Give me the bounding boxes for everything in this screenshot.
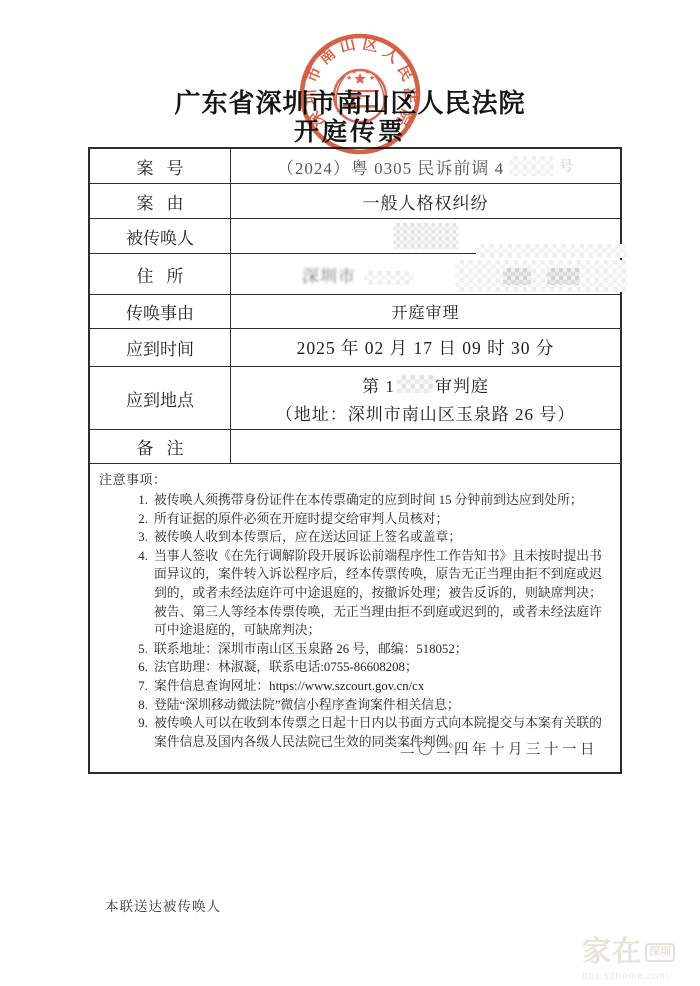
row-label-appear-time: 应到时间 — [126, 335, 194, 360]
appear-place-value: 第 1 审判庭 （地址：深圳市南山区玉泉路 26 号） — [231, 367, 620, 429]
table-row-case-number: 案号 （2024）粤 0305 民诉前调 4 号 — [90, 149, 620, 184]
svg-text:★: ★ — [351, 68, 357, 76]
watermark-badge: 深圳 — [645, 943, 675, 962]
watermark-main-text: 家在 — [582, 938, 642, 967]
case-number-value: （2024）粤 0305 民诉前调 4 号 — [231, 149, 620, 183]
note-item-7: 案件信息查询网址：https://www.szcourt.gov.cn/cx — [151, 677, 606, 696]
copy-note: 本联送达被传唤人 — [105, 895, 221, 915]
redacted-char-hint: 号 — [559, 156, 574, 176]
note-item-6: 法官助理：林淑凝，联系电话:0755-86608208； — [151, 658, 606, 677]
watermark-url: bbs.szhome.com — [582, 971, 692, 982]
redaction-mosaic — [476, 244, 626, 258]
note-item-4: 当事人签收《在先行调解阶段开展诉讼前端程序性工作告知书》且未按时提出书面异议的，… — [151, 547, 606, 640]
row-label-cause: 案由 — [137, 189, 197, 214]
court-summons-page: 深圳市南山区人民法院 ★ ★ ★ ★ 广东省深圳市南山区人民法院 开庭传票 案号… — [0, 0, 700, 986]
cause-value: 一般人格权纠纷 — [231, 184, 620, 218]
appear-time-value: 2025 年 02 月 17 日 09 时 30 分 — [231, 329, 620, 366]
note-item-8: 登陆“深圳移动微法院”微信小程序查询案件相关信息； — [151, 696, 606, 715]
table-row-notes: 注意事项： 被传唤人须携带身份证件在本传票确定的应到时间 15 分钟前到达应到处… — [90, 464, 620, 772]
row-label-remark: 备注 — [137, 434, 197, 459]
court-address-line: （地址：深圳市南山区玉泉路 26 号） — [276, 400, 576, 425]
row-label-summoned-person: 被传唤人 — [126, 224, 194, 249]
notes-heading: 注意事项： — [99, 469, 606, 488]
note-item-2: 所有证据的原件必须在开庭时提交给审判人员核对； — [151, 510, 606, 529]
notes-cell: 注意事项： 被传唤人须携带身份证件在本传票确定的应到时间 15 分钟前到达应到处… — [90, 464, 620, 772]
table-row-appear-place: 应到地点 第 1 审判庭 （地址：深圳市南山区玉泉路 26 号） — [90, 367, 620, 430]
row-label-summons-reason: 传唤事由 — [126, 299, 194, 324]
row-label-case-number: 案号 — [137, 154, 197, 179]
summons-reason-value: 开庭审理 — [231, 295, 620, 328]
svg-text:★: ★ — [364, 68, 370, 76]
note-item-3: 被传唤人收到本传票后，应在送达回证上签名或盖章； — [151, 528, 606, 547]
table-row-summons-reason: 传唤事由 开庭审理 — [90, 295, 620, 329]
remark-value — [231, 430, 620, 463]
table-row-remark: 备注 — [90, 430, 620, 464]
row-label-appear-place: 应到地点 — [126, 386, 194, 411]
svg-text:★: ★ — [346, 74, 352, 82]
issue-date: 二〇二四年十月三十一日 — [400, 738, 598, 759]
notes-list: 被传唤人须携带身份证件在本传票确定的应到时间 15 分钟前到达应到处所； 所有证… — [130, 491, 606, 751]
redaction-mosaic — [393, 223, 459, 249]
table-row-appear-time: 应到时间 2025 年 02 月 17 日 09 时 30 分 — [90, 329, 620, 367]
row-label-address: 住所 — [137, 262, 197, 287]
note-item-5: 联系地址：深圳市南山区玉泉路 26 号，邮编：518052； — [151, 640, 606, 659]
note-item-1: 被传唤人须携带身份证件在本传票确定的应到时间 15 分钟前到达应到处所； — [151, 491, 606, 510]
table-row-cause: 案由 一般人格权纠纷 — [90, 184, 620, 219]
svg-text:★: ★ — [369, 74, 375, 82]
redaction-mosaic — [509, 156, 553, 176]
redaction-mosaic — [455, 260, 627, 292]
watermark: 家在 深圳 bbs.szhome.com — [582, 938, 692, 982]
redaction-mosaic — [364, 271, 414, 285]
summons-table: 案号 （2024）粤 0305 民诉前调 4 号 案由 一般人格权纠纷 被传唤人… — [88, 147, 622, 774]
document-title: 开庭传票 — [0, 112, 700, 148]
redaction-mosaic — [397, 375, 433, 393]
